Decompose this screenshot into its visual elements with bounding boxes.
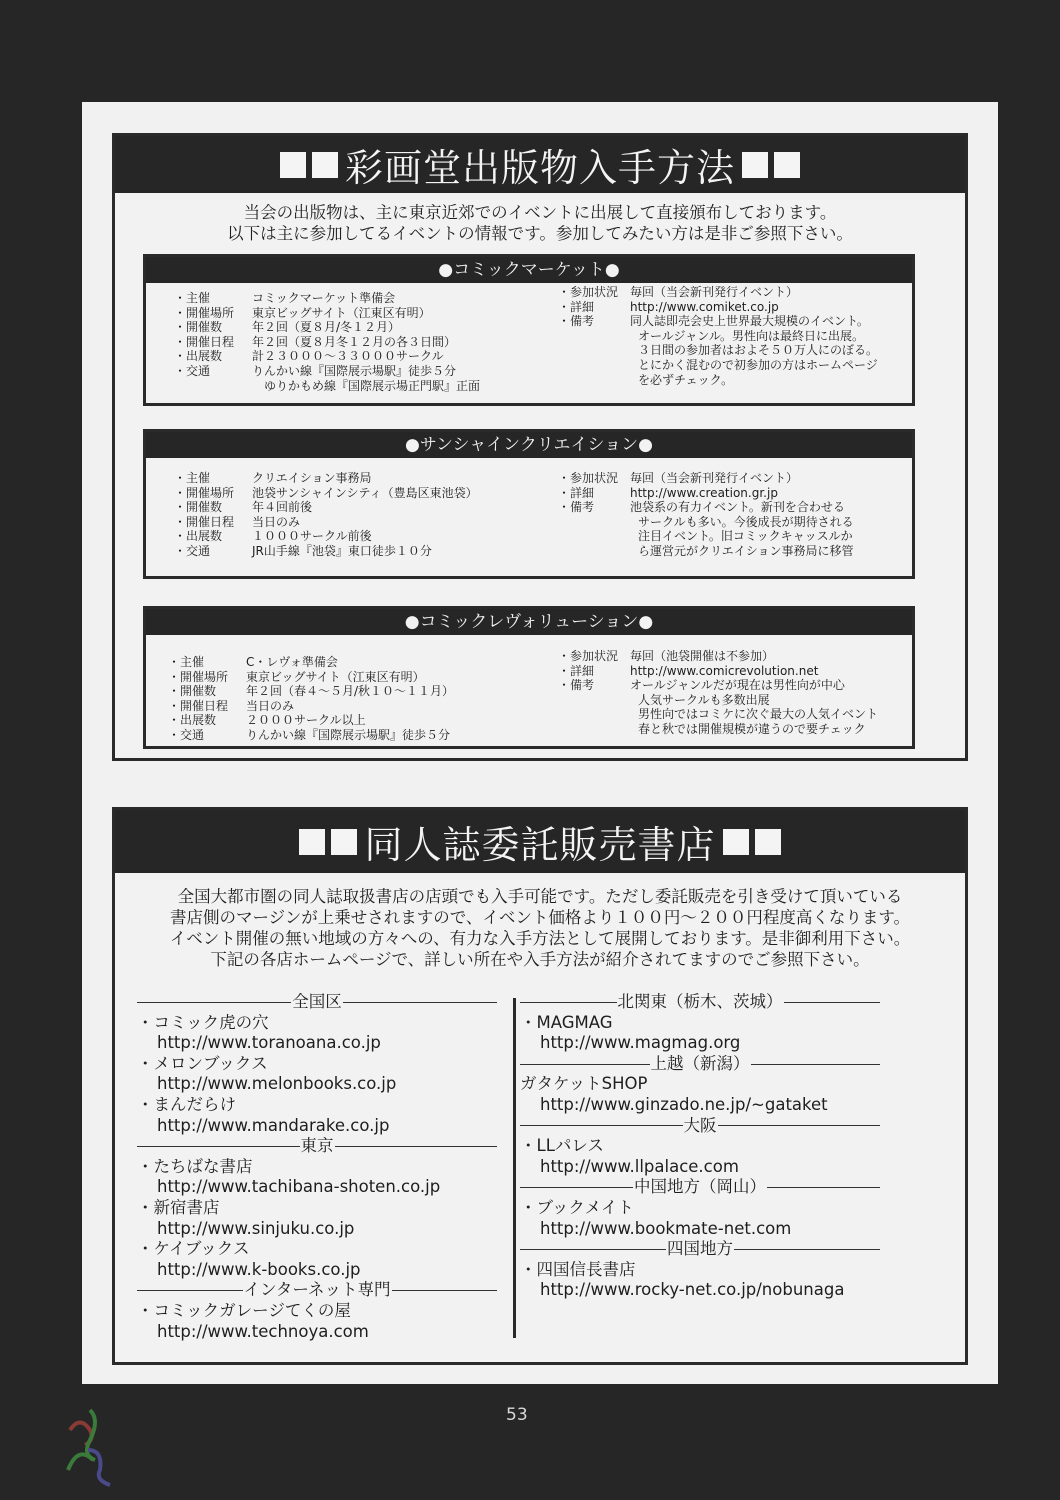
event-box-comic-revolution: ●コミックレヴォリューション● ・主催C・レヴォ準備会 ・開催場所東京ビッグサイ… [143,606,915,749]
event-info-left: ・主催C・レヴォ準備会 ・開催場所東京ビッグサイト（江東区有明） ・開催数年２回… [168,655,454,743]
shop-url-link[interactable]: http://www.toranoana.co.jp [137,1033,497,1054]
section-title: 同人誌委託販売書店 [364,814,715,869]
intro-line: 全国大都市圏の同人誌取扱書店の店頭でも入手可能です。ただし委託販売を引き受けて頂… [115,886,965,907]
region-label: 北関東（栃木、茨城） [617,992,784,1013]
shop-url-link[interactable]: http://www.bookmate-net.com [520,1219,880,1240]
page-number: 53 [506,1405,528,1425]
shop-column-left: 全国区・コミック虎の穴http://www.toranoana.co.jp・メロ… [137,992,497,1342]
section-intro: 当会の出版物は、主に東京近郊でのイベントに出展して直接頒布しております。 以下は… [115,193,965,244]
shop-name: ・ケイブックス [137,1239,497,1260]
event-box-comiket: ●コミックマーケット● ・主催コミックマーケット準備会 ・開催場所東京ビッグサイ… [143,254,915,406]
shop-url-link[interactable]: http://www.tachibana-shoten.co.jp [137,1177,497,1198]
section-header: 彩画堂出版物入手方法 [115,136,965,193]
intro-line: 書店側のマージンが上乗せされますので、イベント価格より１００円～２００円程度高く… [115,907,965,928]
event-url[interactable]: http://www.creation.gr.jp [630,486,778,501]
region-label: 四国地方 [666,1239,734,1260]
region-divider: 大阪 [520,1116,880,1137]
event-box-sunshine-creation: ●サンシャインクリエイション● ・主催クリエイション事務局 ・開催場所池袋サンシ… [143,429,915,579]
square-icon [299,829,325,855]
region-label: 中国地方（岡山） [633,1177,767,1198]
document-page: 彩画堂出版物入手方法 当会の出版物は、主に東京近郊でのイベントに出展して直接頒布… [82,102,998,1384]
event-title: ●サンシャインクリエイション● [146,432,912,458]
shop-url-link[interactable]: http://www.melonbooks.co.jp [137,1074,497,1095]
region-label: 上越（新潟） [650,1054,751,1075]
shop-name: ・メロンブックス [137,1054,497,1075]
square-icon [331,829,357,855]
section-publications: 彩画堂出版物入手方法 当会の出版物は、主に東京近郊でのイベントに出展して直接頒布… [112,133,968,761]
square-icon [774,152,800,178]
shop-url-link[interactable]: http://www.llpalace.com [520,1157,880,1178]
shop-name: ・ブックメイト [520,1198,880,1219]
event-url[interactable]: http://www.comiket.co.jp [630,300,779,315]
region-divider: 四国地方 [520,1239,880,1260]
region-label: 東京 [300,1136,335,1157]
event-info-right: ・参加状況毎回（当会新刊発行イベント） ・詳細http://www.comike… [558,285,878,387]
square-icon [755,829,781,855]
region-divider: 中国地方（岡山） [520,1177,880,1198]
shop-name: ・MAGMAG [520,1013,880,1034]
region-divider: 全国区 [137,992,497,1013]
section-header: 同人誌委託販売書店 [115,810,965,873]
region-label: 大阪 [683,1116,718,1137]
shop-url-link[interactable]: http://www.magmag.org [520,1033,880,1054]
region-divider: 上越（新潟） [520,1054,880,1075]
intro-line: 下記の各店ホームページで、詳しい所在や入手方法が紹介されてますのでご参照下さい。 [115,949,965,970]
shop-name: ・新宿書店 [137,1198,497,1219]
column-divider [513,998,516,1338]
square-icon [280,152,306,178]
shop-url-link[interactable]: http://www.ginzado.ne.jp/~gataket [520,1095,880,1116]
event-title: ●コミックレヴォリューション● [146,609,912,635]
square-icon [312,152,338,178]
shop-name: ・四国信長書店 [520,1260,880,1281]
section-intro: 全国大都市圏の同人誌取扱書店の店頭でも入手可能です。ただし委託販売を引き受けて頂… [115,873,965,970]
intro-line: 当会の出版物は、主に東京近郊でのイベントに出展して直接頒布しております。 [115,202,965,223]
event-info-left: ・主催コミックマーケット準備会 ・開催場所東京ビッグサイト（江東区有明） ・開催… [174,291,480,393]
event-title: ●コミックマーケット● [146,257,912,283]
event-info-right: ・参加状況毎回（当会新刊発行イベント） ・詳細http://www.creati… [558,471,854,559]
region-divider: 東京 [137,1136,497,1157]
shop-name: ・コミックガレージてくの屋 [137,1301,497,1322]
square-icon [742,152,768,178]
region-label: 全国区 [291,992,343,1013]
shop-name: ・まんだらけ [137,1095,497,1116]
square-icon [723,829,749,855]
shop-url-link[interactable]: http://www.mandarake.co.jp [137,1116,497,1137]
region-divider: インターネット専門 [137,1280,497,1301]
region-label: インターネット専門 [243,1280,392,1301]
section-title: 彩画堂出版物入手方法 [345,137,735,192]
region-divider: 北関東（栃木、茨城） [520,992,880,1013]
event-url[interactable]: http://www.comicrevolution.net [630,664,818,679]
intro-line: イベント開催の無い地域の方々への、有力な入手方法として展開しております。是非御利… [115,928,965,949]
shop-name: ・コミック虎の穴 [137,1013,497,1034]
shop-url-link[interactable]: http://www.rocky-net.co.jp/nobunaga [520,1280,880,1301]
shop-column-right: 北関東（栃木、茨城）・MAGMAGhttp://www.magmag.org上越… [520,992,880,1301]
shop-name: ガタケットSHOP [520,1074,880,1095]
shop-url-link[interactable]: http://www.technoya.com [137,1322,497,1343]
shop-name: ・LLパレス [520,1136,880,1157]
shop-name: ・たちばな書店 [137,1157,497,1178]
shop-url-link[interactable]: http://www.sinjuku.co.jp [137,1219,497,1240]
shop-url-link[interactable]: http://www.k-books.co.jp [137,1260,497,1281]
intro-line: 以下は主に参加してるイベントの情報です。参加してみたい方は是非ご参照下さい。 [115,223,965,244]
event-info-right: ・参加状況毎回（池袋開催は不参加） ・詳細http://www.comicrev… [558,649,878,737]
event-info-left: ・主催クリエイション事務局 ・開催場所池袋サンシャインシティ（豊島区東池袋） ・… [174,471,478,559]
section-consignment-shops: 同人誌委託販売書店 全国大都市圏の同人誌取扱書店の店頭でも入手可能です。ただし委… [112,807,968,1365]
scanner-watermark-icon [50,1400,130,1490]
